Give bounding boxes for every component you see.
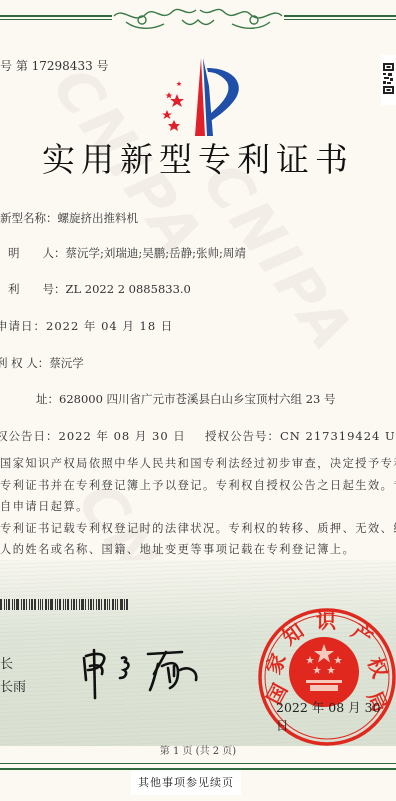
signer-title: 长 bbox=[0, 653, 13, 672]
svg-text:产: 产 bbox=[347, 619, 377, 650]
seal-date: 2022 年 08 月 30 日 bbox=[276, 698, 396, 734]
barcode-icon bbox=[0, 599, 135, 610]
field-value: ZL 2022 2 0885833.0 bbox=[66, 282, 191, 296]
field-label: 址： bbox=[36, 391, 59, 407]
statement-line: 专利证书记载专利权登记时的法律状况。专利权的转移、质押、无效、终止、恢 bbox=[0, 518, 396, 540]
bottom-border bbox=[0, 763, 396, 770]
field-label: 授权公告号： bbox=[205, 428, 280, 444]
field-label: 利 权 人： bbox=[0, 355, 49, 371]
svg-text:权: 权 bbox=[363, 654, 393, 682]
field-label: 新型名称： bbox=[0, 210, 58, 226]
statement-line: 自申请日起算。 bbox=[0, 496, 396, 518]
ornament-icon bbox=[112, 0, 284, 32]
page-title: 实用新型专利证书 bbox=[0, 134, 396, 181]
field-patentee: 利 权 人：蔡沅学 bbox=[0, 355, 84, 371]
page-indicator: 第 1 页 (共 2 页) bbox=[0, 742, 396, 757]
field-label: 权公告日： bbox=[0, 428, 59, 444]
field-value: 2022 年 04 月 18 日 bbox=[46, 319, 173, 333]
certificate-number: 号 第 17298433 号 bbox=[0, 57, 109, 74]
field-value: 蔡沅学 bbox=[49, 356, 84, 370]
qr-code-icon bbox=[381, 55, 396, 105]
field-value: 螺旋挤出推料机 bbox=[58, 211, 139, 225]
field-application-date: 申请日：2022 年 04 月 18 日 bbox=[0, 318, 173, 334]
field-patent-number: 利 号：ZL 2022 2 0885833.0 bbox=[8, 281, 191, 297]
statement-line: 人的姓名或名称、国籍、地址变更等事项记载在专利登记簿上。 bbox=[0, 539, 396, 561]
svg-text:识: 识 bbox=[316, 609, 337, 633]
grant-statement: 国家知识产权局依照中华人民共和国专利法经过初步审查，决定授予专利权，颁 专利证书… bbox=[0, 453, 396, 561]
field-value: 蔡沅学;刘瑞迪;吴鹏;岳静;张帅;周靖 bbox=[66, 246, 246, 260]
field-label: 利 号： bbox=[8, 281, 66, 297]
statement-line: 专利证书并在专利登记簿上予以登记。专利权自授权公告之日起生效。专利权期 bbox=[0, 475, 396, 497]
cnipa-logo-icon bbox=[155, 56, 247, 136]
patent-certificate: CNIPA CNIPA CNIPA 号 第 17298433 号 实用新型专利证… bbox=[0, 0, 396, 801]
field-label: 申请日： bbox=[0, 318, 46, 334]
field-value: 2022 年 08 月 30 日 bbox=[59, 429, 186, 443]
field-invention-name: 新型名称：螺旋挤出推料机 bbox=[0, 210, 138, 226]
field-value: 628000 四川省广元市苍溪县白山乡宝顶村六组 23 号 bbox=[59, 392, 336, 406]
signature-icon bbox=[78, 640, 208, 700]
field-value: CN 217319424 U bbox=[280, 429, 396, 443]
continued-note: 其他事项参见续页 bbox=[131, 770, 241, 795]
signer-name: 长雨 bbox=[0, 676, 26, 695]
field-announce-date: 权公告日：2022 年 08 月 30 日 bbox=[0, 428, 186, 444]
statement-line: 国家知识产权局依照中华人民共和国专利法经过初步审查，决定授予专利权，颁 bbox=[0, 453, 396, 475]
field-address: 址：628000 四川省广元市苍溪县白山乡宝顶村六组 23 号 bbox=[36, 391, 336, 407]
field-inventors: 明 人：蔡沅学;刘瑞迪;吴鹏;岳静;张帅;周靖 bbox=[8, 245, 246, 261]
field-label: 明 人： bbox=[8, 245, 66, 261]
field-announce-number: 授权公告号：CN 217319424 U bbox=[205, 428, 396, 444]
